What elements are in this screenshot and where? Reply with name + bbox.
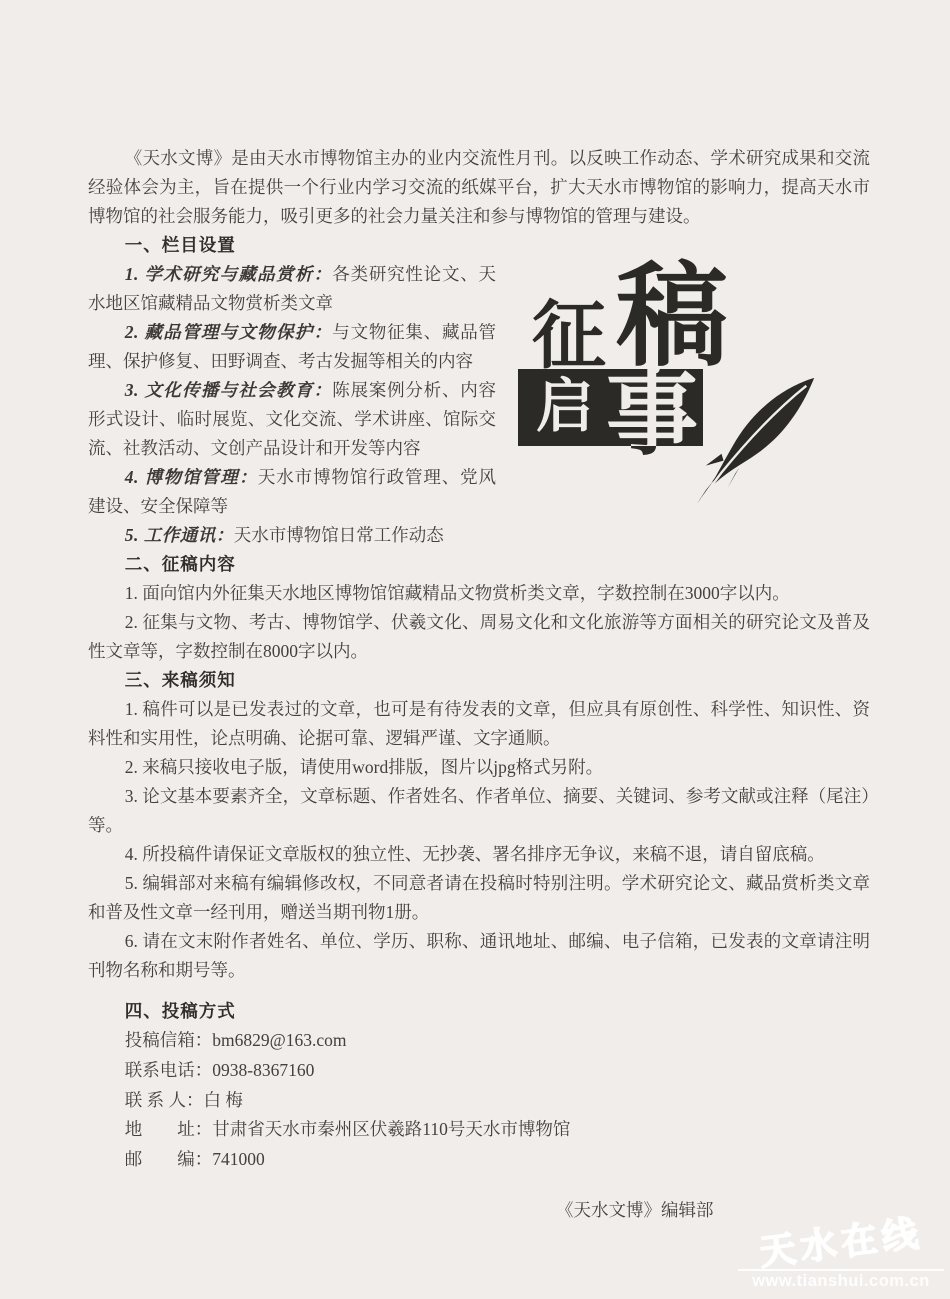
item-label: 2. 藏品管理与文物保护： bbox=[125, 322, 333, 342]
section-contact-info: 四、投稿方式 投稿信箱：bm6829@163.com 联系电话：0938-836… bbox=[88, 997, 870, 1175]
column-item: 5. 工作通讯：天水市博物馆日常工作动态 bbox=[88, 521, 870, 550]
section-heading-4: 四、投稿方式 bbox=[88, 997, 870, 1026]
signature: 《天水文博》编辑部 bbox=[88, 1196, 870, 1225]
watermark-divider bbox=[738, 1269, 944, 1271]
item-label: 3. 文化传播与社会教育： bbox=[125, 380, 333, 400]
contact-email-value: bm6829@163.com bbox=[212, 1030, 346, 1050]
watermark-url: www.tianshui.com.cn bbox=[738, 1272, 944, 1291]
contact-row-person: 联 系 人：白 梅 bbox=[88, 1086, 870, 1116]
contact-person-value: 白 梅 bbox=[204, 1090, 243, 1110]
item-label: 1. 学术研究与藏品赏析： bbox=[125, 264, 333, 284]
intro-paragraph: 《天水文博》是由天水市博物馆主办的业内交流性月刊。以反映工作动态、学术研究成果和… bbox=[88, 144, 870, 231]
contact-row-phone: 联系电话：0938-8367160 bbox=[88, 1056, 870, 1086]
notice-item: 3. 论文基本要素齐全，文章标题、作者姓名、作者单位、摘要、关键词、参考文献或注… bbox=[88, 782, 870, 840]
document-body: 《天水文博》是由天水市博物馆主办的业内交流性月刊。以反映工作动态、学术研究成果和… bbox=[88, 144, 870, 1225]
section-heading-2: 二、征稿内容 bbox=[88, 550, 870, 579]
section-column-setup: 一、栏目设置 征 稿 启 事 事 1. 学术研究与 bbox=[88, 231, 870, 550]
graphic-char-zheng: 征 bbox=[532, 300, 606, 374]
qishi-black-box: 启 事 事 bbox=[518, 369, 703, 446]
quill-feather-icon bbox=[690, 370, 826, 508]
graphic-char-qi: 启 bbox=[536, 378, 594, 436]
contact-phone-value: 0938-8367160 bbox=[212, 1060, 314, 1080]
contact-row-email: 投稿信箱：bm6829@163.com bbox=[88, 1026, 870, 1056]
contact-label: 联 系 人： bbox=[125, 1090, 204, 1110]
call-for-papers-graphic: 征 稿 启 事 事 bbox=[518, 264, 870, 512]
item-label: 5. 工作通讯： bbox=[125, 525, 234, 545]
notice-item: 6. 请在文末附作者姓名、单位、学历、职称、通讯地址、邮编、电子信箱，已发表的文… bbox=[88, 927, 870, 985]
contact-label: 地 址： bbox=[125, 1119, 213, 1139]
notice-item: 2. 征集与文物、考古、博物馆学、伏羲文化、周易文化和文化旅游等方面相关的研究论… bbox=[88, 608, 870, 666]
watermark: 天水在线 www.tianshui.com.cn bbox=[738, 1215, 944, 1291]
graphic-char-gao: 稿 bbox=[616, 262, 728, 374]
column-items: 征 稿 启 事 事 1. 学术研究与藏品赏析：各类研究性论文、天水地区馆藏精品文… bbox=[88, 260, 870, 550]
section-submission-notes: 三、来稿须知 1. 稿件可以是已发表过的文章，也可是有待发表的文章，但应具有原创… bbox=[88, 666, 870, 985]
notice-item: 4. 所投稿件请保证文章版权的独立性、无抄袭、署名排序无争议，来稿不退，请自留底… bbox=[88, 840, 870, 869]
notice-item: 5. 编辑部对来稿有编辑修改权，不同意者请在投稿时特别注明。学术研究论文、藏品赏… bbox=[88, 869, 870, 927]
contact-row-zipcode: 邮 编：741000 bbox=[88, 1145, 870, 1175]
contact-label: 投稿信箱： bbox=[125, 1030, 213, 1050]
contact-row-address: 地 址：甘肃省天水市秦州区伏羲路110号天水市博物馆 bbox=[88, 1115, 870, 1145]
notice-item: 2. 来稿只接收电子版，请使用word排版，图片以jpg格式另附。 bbox=[88, 753, 870, 782]
section-heading-1: 一、栏目设置 bbox=[88, 231, 870, 260]
notice-item: 1. 面向馆内外征集天水地区博物馆馆藏精品文物赏析类文章，字数控制在3000字以… bbox=[88, 579, 870, 608]
section-submission-content: 二、征稿内容 1. 面向馆内外征集天水地区博物馆馆藏精品文物赏析类文章，字数控制… bbox=[88, 550, 870, 666]
item-label: 4. 博物馆管理： bbox=[125, 467, 258, 487]
item-text: 天水市博物馆日常工作动态 bbox=[234, 525, 444, 545]
section-heading-3: 三、来稿须知 bbox=[88, 666, 870, 695]
notice-item: 1. 稿件可以是已发表过的文章，也可是有待发表的文章，但应具有原创性、科学性、知… bbox=[88, 695, 870, 753]
contact-address-value: 甘肃省天水市秦州区伏羲路110号天水市博物馆 bbox=[212, 1119, 570, 1139]
contact-label: 邮 编： bbox=[125, 1149, 213, 1169]
contact-label: 联系电话： bbox=[125, 1060, 213, 1080]
contact-zipcode-value: 741000 bbox=[212, 1149, 265, 1169]
